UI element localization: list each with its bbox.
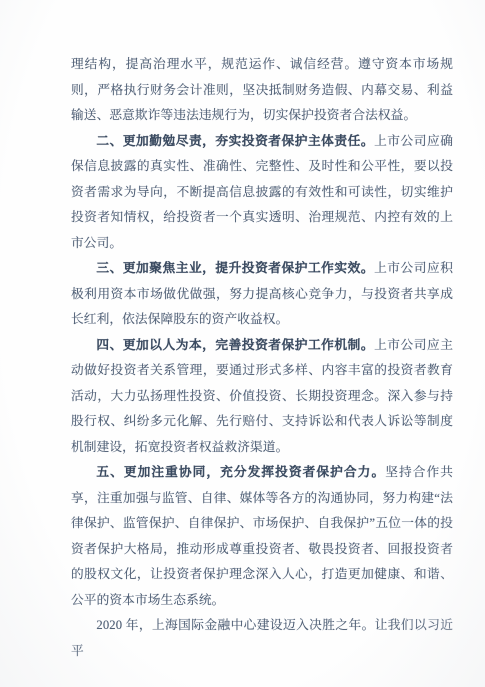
section-5-heading: 五、更加注重协同，充分发挥投资者保护合力。 [96, 465, 385, 479]
paragraph-section-5: 五、更加注重协同，充分发挥投资者保护合力。坚持合作共享，注重加强与监管、自律、媒… [71, 460, 453, 613]
section-2-heading: 二、更加勤勉尽责，夯实投资者保护主体责任。 [96, 134, 374, 148]
closing-text: 2020 年，上海国际金融中心建设迈入决胜之年。让我们以习近平 [71, 618, 453, 658]
paragraph-section-4: 四、更加以人为本，完善投资者保护工作机制。上市公司应主动做好投资者关系管理，要通… [71, 333, 453, 461]
paragraph-section-3: 三、更加聚焦主业，提升投资者保护工作实效。上市公司应积极利用资本市场做优做强，努… [71, 256, 453, 333]
section-5-text: 坚持合作共享，注重加强与监管、自律、媒体等各方的沟通协同，努力构建“法律保护、监… [71, 465, 453, 607]
scanned-document-page: 理结构，提高治理水平，规范运作、诚信经营。遵守资本市场规则，严格执行财务会计准则… [0, 0, 485, 687]
paragraph-closing: 2020 年，上海国际金融中心建设迈入决胜之年。让我们以习近平 [71, 613, 453, 664]
section-4-text: 上市公司应主动做好投资者关系管理，要通过形式多样、内容丰富的投资者教育活动，大力… [71, 338, 453, 454]
paragraph-section-2: 二、更加勤勉尽责，夯实投资者保护主体责任。上市公司应确保信息披露的真实性、准确性… [71, 129, 453, 257]
section-2-text: 上市公司应确保信息披露的真实性、准确性、完整性、及时性和公平性，要以投资者需求为… [71, 134, 453, 250]
document-text-block: 理结构，提高治理水平，规范运作、诚信经营。遵守资本市场规则，严格执行财务会计准则… [71, 52, 453, 664]
paragraph-text: 理结构，提高治理水平，规范运作、诚信经营。遵守资本市场规则，严格执行财务会计准则… [71, 57, 453, 122]
paragraph-continuation: 理结构，提高治理水平，规范运作、诚信经营。遵守资本市场规则，严格执行财务会计准则… [71, 52, 453, 129]
section-3-heading: 三、更加聚焦主业，提升投资者保护工作实效。 [96, 261, 374, 275]
section-4-heading: 四、更加以人为本，完善投资者保护工作机制。 [96, 338, 374, 352]
